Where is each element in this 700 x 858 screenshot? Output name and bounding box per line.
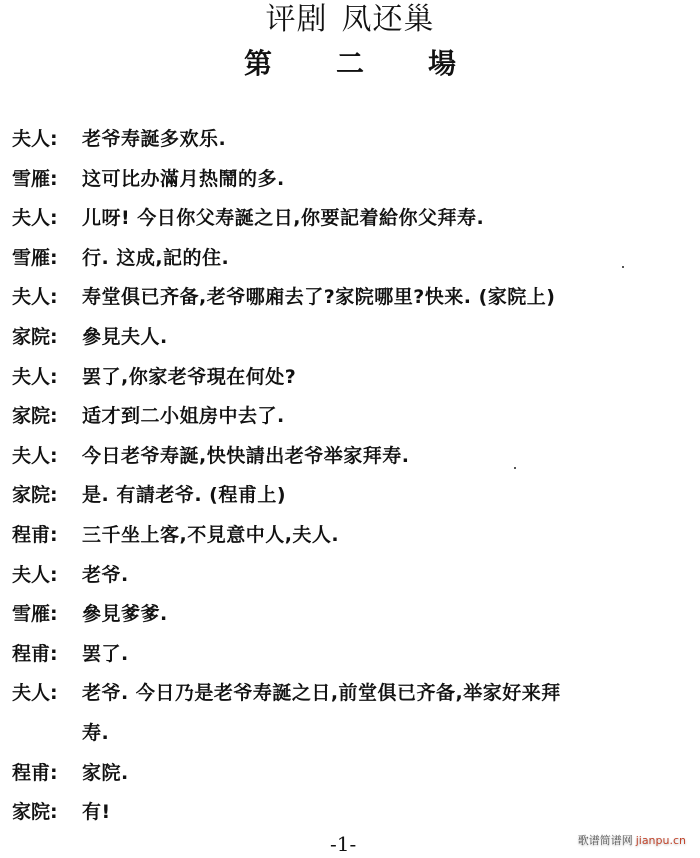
watermark-domain: jianpu.cn: [636, 834, 686, 847]
speech: 是. 有請老爷. (程甫上): [82, 482, 286, 508]
dialogue-line: 夫人:老爷寿誕多欢乐.: [12, 126, 700, 166]
scene-char-2: 二: [336, 44, 364, 84]
speaker: 夫人:: [12, 443, 82, 469]
speech: 罢了.: [82, 641, 129, 667]
genre-label: 评剧: [266, 2, 328, 37]
speech: 儿呀! 今日你父寿誕之日,你要記着給你父拜寿.: [82, 205, 484, 231]
play-name: 凤还巢: [342, 2, 435, 37]
dialogue-line: 雪雁:行. 这成,記的住.: [12, 245, 700, 285]
script-dialogue: 夫人:老爷寿誕多欢乐. 雪雁:这可比办滿月热鬧的多. 夫人:儿呀! 今日你父寿誕…: [12, 126, 700, 839]
speech: 今日老爷寿誕,快快請出老爷举家拜寿.: [82, 443, 409, 469]
dialogue-line: 夫人:寿堂俱已齐备,老爷哪廂去了?家院哪里?快来. (家院上): [12, 284, 700, 324]
speech: 參見夫人.: [82, 324, 168, 350]
speaker: 家院:: [12, 403, 82, 429]
dialogue-line: 雪雁:这可比办滿月热鬧的多.: [12, 166, 700, 206]
speaker: 雪雁:: [12, 245, 82, 271]
speech: 老爷. 今日乃是老爷寿誕之日,前堂俱已齐备,举家好来拜: [82, 680, 561, 706]
speaker: 夫人:: [12, 205, 82, 231]
speaker: 程甫:: [12, 760, 82, 786]
speaker: 夫人:: [12, 126, 82, 152]
dialogue-line: 家院:适才到二小姐房中去了.: [12, 403, 700, 443]
speaker: 家院:: [12, 482, 82, 508]
speech: 參見爹爹.: [82, 601, 168, 627]
speech: 寿.: [82, 720, 109, 746]
page-number: -1-: [330, 832, 356, 856]
speaker: 夫人:: [12, 680, 82, 706]
dialogue-line: 程甫:三千坐上客,不見意中人,夫人.: [12, 522, 700, 562]
dialogue-line: 夫人:儿呀! 今日你父寿誕之日,你要記着給你父拜寿.: [12, 205, 700, 245]
speech: 适才到二小姐房中去了.: [82, 403, 285, 429]
speaker: 程甫:: [12, 522, 82, 548]
dialogue-line: 程甫:罢了.: [12, 641, 700, 681]
dialogue-line: 夫人:老爷.: [12, 562, 700, 602]
dialogue-line: 程甫:家院.: [12, 760, 700, 800]
speech: 行. 这成,記的住.: [82, 245, 229, 271]
dialogue-line: 家院:是. 有請老爷. (程甫上): [12, 482, 700, 522]
play-title: 评剧凤还巢: [0, 2, 700, 38]
dialogue-line: 夫人:老爷. 今日乃是老爷寿誕之日,前堂俱已齐备,举家好来拜: [12, 680, 700, 720]
scene-char-1: 第: [244, 44, 272, 84]
dialogue-line: 夫人:今日老爷寿誕,快快請出老爷举家拜寿.: [12, 443, 700, 483]
dialogue-line-continuation: 寿.: [12, 720, 700, 760]
dialogue-line: 雪雁:參見爹爹.: [12, 601, 700, 641]
scan-speck: [622, 266, 624, 268]
speaker: 雪雁:: [12, 166, 82, 192]
speaker: 夫人:: [12, 284, 82, 310]
dialogue-line: 家院:參見夫人.: [12, 324, 700, 364]
dialogue-line: 夫人:罢了,你家老爷現在何处?: [12, 364, 700, 404]
speaker: 程甫:: [12, 641, 82, 667]
speech: 这可比办滿月热鬧的多.: [82, 166, 285, 192]
scene-heading: 第二場: [0, 44, 700, 84]
scene-char-3: 場: [428, 44, 456, 84]
speaker: 夫人:: [12, 562, 82, 588]
scan-speck: [514, 467, 516, 469]
speech: 老爷.: [82, 562, 129, 588]
speaker: 家院:: [12, 799, 82, 825]
speech: 有!: [82, 799, 111, 825]
watermark-site: 歌谱简谱网: [578, 834, 633, 847]
speaker: 夫人:: [12, 364, 82, 390]
speaker: 家院:: [12, 324, 82, 350]
speech: 家院.: [82, 760, 129, 786]
speech: 寿堂俱已齐备,老爷哪廂去了?家院哪里?快来. (家院上): [82, 284, 555, 310]
speaker: 雪雁:: [12, 601, 82, 627]
watermark: 歌谱简谱网jianpu.cn: [578, 832, 686, 848]
speech: 三千坐上客,不見意中人,夫人.: [82, 522, 339, 548]
speech: 老爷寿誕多欢乐.: [82, 126, 226, 152]
scan-speck: [92, 450, 94, 452]
speech: 罢了,你家老爷現在何处?: [82, 364, 296, 390]
